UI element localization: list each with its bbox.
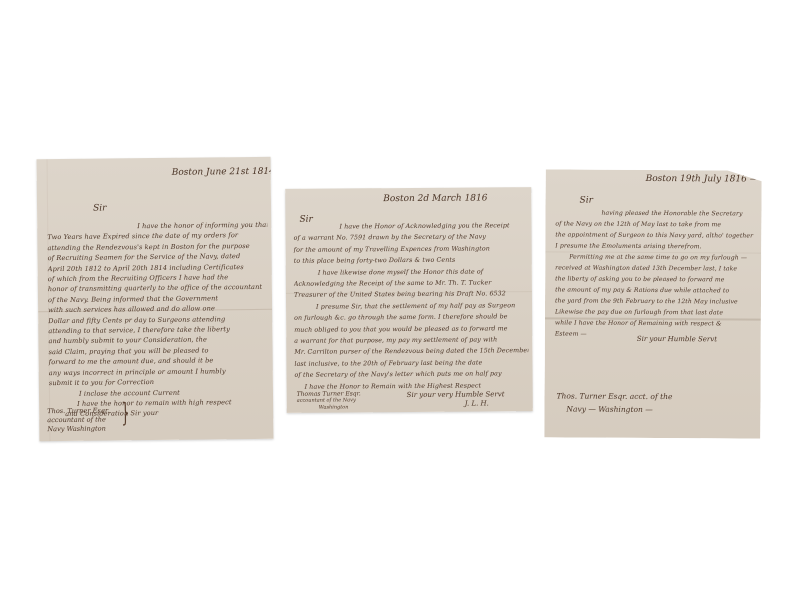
body-line: of the Secretary of the Navy's letter wh… [294,368,528,381]
body-line: I have the Honor of Acknowledging you th… [293,220,527,233]
letter-left: Boston June 21st 1814. Sir I have the ho… [37,157,274,441]
addressee: Thos. Turner Esqr. acct. of the Navy — W… [556,389,672,416]
body-line: Mr. Carrilton purser of the Rendezvous b… [294,346,528,359]
letter-middle: Boston 2d March 1816 Sir I have the Hono… [285,187,533,413]
brace-icon: } [121,398,130,428]
addressee-line: Navy — Washington — [556,402,672,416]
dateline: Boston 19th July 1816 — [646,174,759,185]
addressee-line: Thos. Turner Esqr. acct. of the [556,389,672,403]
letter-body: I have the honor of informing you that T… [47,220,269,420]
salutation: Sir [93,204,106,214]
letter-right: Boston 19th July 1816 — Sir having pleas… [544,169,761,438]
closing: Sir your Humble Servt [637,334,717,344]
closing: Sir your very Humble Servt [407,389,505,400]
letter-body: I have the Honor of Acknowledging you th… [293,220,528,393]
signature: J. L. H. [465,398,489,408]
letter-body: having pleased the Honorable the Secreta… [555,207,760,340]
addressee: Thomas Turner Esqr. accountant of the Na… [297,390,361,411]
addressee-line: Navy Washington [47,424,109,434]
salutation: Sir [580,196,593,206]
addressee-line: Washington [297,404,361,411]
addressee: Thos. Turner Esqr. accountant of the Nav… [47,406,110,434]
dateline: Boston 2d March 1816 [383,193,487,204]
dateline: Boston June 21st 1814. [172,167,274,178]
